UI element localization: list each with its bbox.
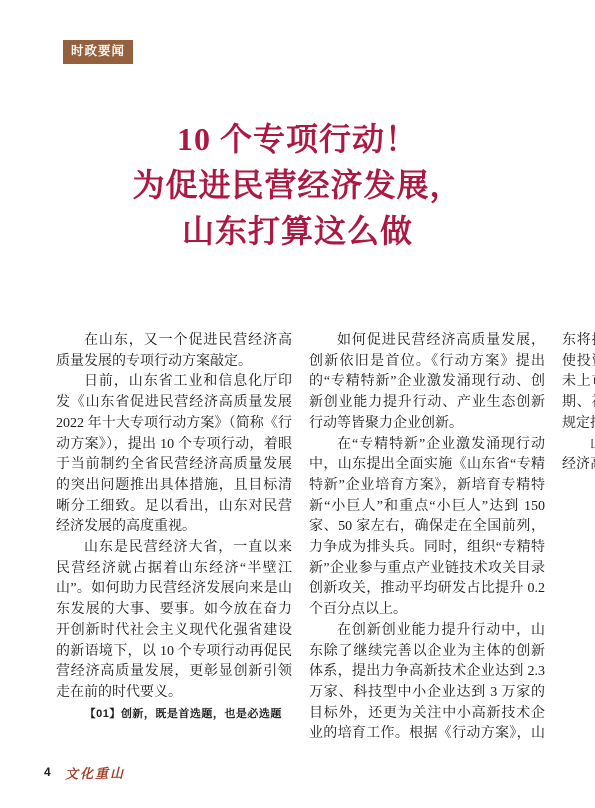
page-number: 4: [44, 765, 51, 779]
section-badge: 时政要闻: [63, 40, 133, 64]
article-paragraph: 如何促进民营经济高质量发展，创新依旧是首位。《行动方案》提出的“专精特新”企业激…: [309, 331, 545, 435]
article-title: 10 个专项行动！ 为促进民营经济发展， 山东打算这么做: [0, 116, 595, 254]
article-paragraph: 在山东，又一个促进民营经济高质量发展的专项行动方案敲定。: [56, 331, 292, 372]
article-body: 在山东，又一个促进民营经济高质量发展的专项行动方案敲定。 日前，山东省工业和信息…: [56, 331, 545, 747]
article-paragraph: 日前，山东省工业和信息化厅印发《山东省促进民营经济高质量发展 2022 年十大专…: [56, 372, 292, 538]
article-paragraph: 山东的实践证明，创新既是民营经济高: [562, 435, 595, 476]
article-subheading: 【01】创新，既是首选题，也是必选题: [56, 704, 292, 725]
article-title-line-1: 10 个专项行动！: [0, 116, 595, 162]
page-footer: 4 文化重山: [44, 762, 125, 782]
article-title-line-2: 为促进民营经济发展，: [0, 162, 595, 208]
article-paragraph: 山东是民营经济大省，一直以来民营经济就占据着山东经济“半壁江山”。如何助力民营经…: [56, 538, 292, 704]
article-title-line-3: 山东打算这么做: [0, 208, 595, 254]
magazine-logo: 文化重山: [65, 762, 125, 782]
magazine-page: 时政要闻 10 个专项行动！ 为促进民营经济发展， 山东打算这么做 在山东，又一…: [0, 0, 595, 808]
article-paragraph: 在“专精特新”企业激发涌现行动中，山东提出全面实施《山东省“专精特新”企业培育方…: [309, 435, 545, 621]
